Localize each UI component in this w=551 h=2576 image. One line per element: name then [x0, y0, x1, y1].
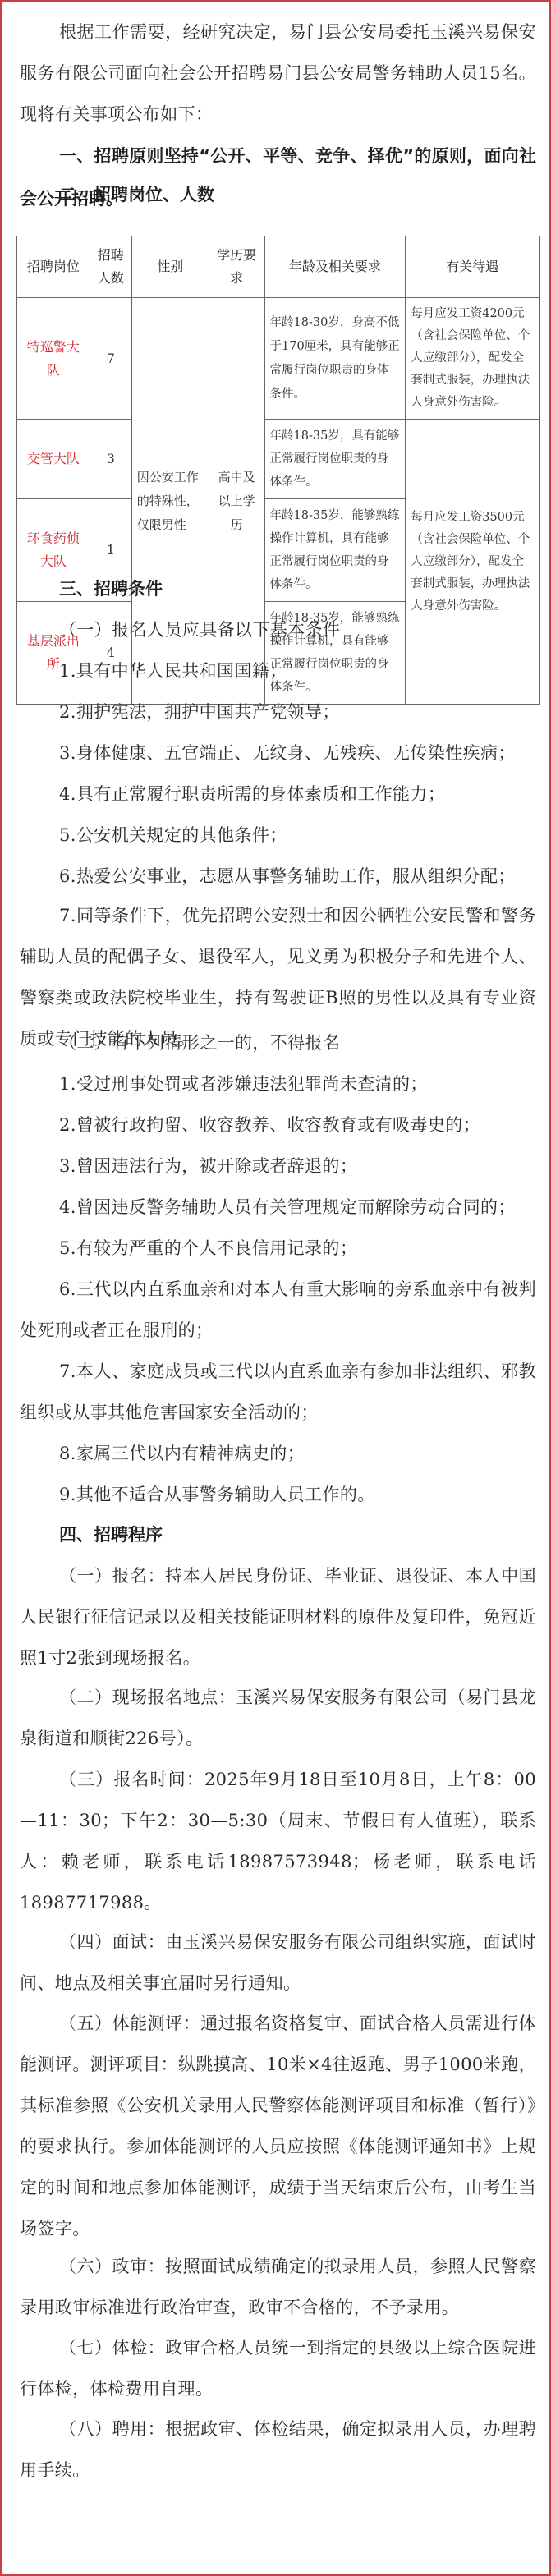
procedure-step: （六）政审：按照面试成绩确定的拟录用人员，参照人民警察录用政审标准进行政治审查，… — [20, 2246, 536, 2328]
procedure-step: （八）聘用：根据政审、体检结果，确定拟录用人员，办理聘用手续。 — [20, 2408, 536, 2491]
step-label: （二）现场报名地点： — [59, 1687, 236, 1707]
condition-item: 6.热爱公安事业，志愿从事警务辅助工作，服从组织分配； — [59, 856, 536, 897]
exclusion-item: 2.曾被行政拘留、收容教养、收容教育或有吸毒史的； — [59, 1104, 536, 1146]
header-requirement: 年龄及相关要求 — [264, 236, 406, 298]
exclusion-item: 1.受过刑事处罚或者涉嫌违法犯罪尚未查清的； — [59, 1063, 536, 1104]
condition-item: 1.具有中华人民共和国国籍； — [59, 650, 536, 691]
condition-item: 3.身体健康、五官端正、无纹身、无残疾、无传染性疾病； — [59, 732, 536, 774]
intro-paragraph: 根据工作需要，经研究决定，易门县公安局委托玉溪兴易保安服务有限公司面向社会公开招… — [20, 11, 536, 135]
condition-item: 2.拥护宪法，拥护中国共产党领导； — [59, 691, 536, 732]
requirement-cell: 年龄18-35岁，能够熟练操作计算机，具有能够正常履行岗位职责的身体条件。 — [264, 499, 406, 602]
step-label: （一）报名： — [59, 1566, 165, 1586]
procedure-step: （三）报名时间：2025年9月18日至10月8日，上午8：00—11：30；下午… — [20, 1759, 536, 1923]
condition-item: 5.公安机关规定的其他条件； — [59, 815, 536, 856]
table-row: 特巡警大队 7 因公安工作的特殊性，仅限男性 高中及以上学历 年龄18-30岁，… — [17, 298, 540, 420]
exclusion-item: 7.本人、家庭成员或三代以内直系血亲有参加非法组织、邪教组织或从事其他危害国家安… — [20, 1351, 536, 1433]
requirement-cell: 年龄18-35岁，具有能够正常履行岗位职责的身体条件。 — [264, 420, 406, 499]
step-label: （八）聘用： — [59, 2419, 165, 2439]
condition-item: 4.具有正常履行职责所需的身体素质和工作能力； — [59, 774, 536, 815]
section2-heading: 二、招聘岗位、人数 — [59, 174, 214, 215]
header-post: 招聘岗位 — [17, 236, 90, 298]
header-count: 招聘人数 — [90, 236, 131, 298]
table-header-row: 招聘岗位 招聘人数 性别 学历要求 年龄及相关要求 有关待遇 — [17, 236, 540, 298]
exclusion-item: 5.有较为严重的个人不良信用记录的； — [59, 1228, 536, 1269]
header-gender: 性别 — [131, 236, 209, 298]
post-name: 特巡警大队 — [17, 298, 90, 420]
header-benefit: 有关待遇 — [406, 236, 540, 298]
exclusion-item: 9.其他不适合从事警务辅助人员工作的。 — [59, 1474, 536, 1515]
exclusion-item: 4.曾因违反警务辅助人员有关管理规定而解除劳动合同的； — [59, 1187, 536, 1228]
exclusion-item: 8.家属三代以内有精神病史的； — [59, 1433, 536, 1474]
benefit-cell: 每月应发工资4200元（含社会保险单位、个人应缴部分），配发全套制式服装，办理执… — [406, 298, 540, 420]
section4-heading: 四、招聘程序 — [59, 1514, 163, 1555]
procedure-step: （七）体检：政审合格人员统一到指定的县级以上综合医院进行体检，体检费用自理。 — [20, 2327, 536, 2409]
procedure-step: （四）面试：由玉溪兴易保安服务有限公司组织实施，面试时间、地点及相关事宜届时另行… — [20, 1922, 536, 2004]
announcement-page: 根据工作需要，经研究决定，易门县公安局委托玉溪兴易保安服务有限公司面向社会公开招… — [0, 0, 551, 2576]
section3-sub2-heading: （二）有下列情形之一的，不得报名 — [59, 1022, 536, 1063]
section3-sub1-heading: （一）报名人员应具备以下基本条件 — [59, 609, 536, 650]
step-label: （四）面试： — [59, 1932, 165, 1952]
procedure-step: （二）现场报名地点：玉溪兴易保安服务有限公司（易门县龙泉街道和顺街226号）。 — [20, 1677, 536, 1759]
section3-heading: 三、招聘条件 — [59, 568, 163, 609]
table-row: 交管大队 3 年龄18-35岁，具有能够正常履行岗位职责的身体条件。 每月应发工… — [17, 420, 540, 499]
header-education: 学历要求 — [209, 236, 264, 298]
post-name: 交管大队 — [17, 420, 90, 499]
exclusion-item: 6.三代以内直系血亲和对本人有重大影响的旁系血亲中有被判处死刑或者正在服刑的； — [20, 1269, 536, 1351]
step-label: （七）体检： — [59, 2338, 165, 2358]
procedure-step: （五）体能测评：通过报名资格复审、面试合格人员需进行体能测评。测评项目：纵跳摸高… — [20, 2003, 536, 2249]
exclusion-item: 3.曾因违法行为，被开除或者辞退的； — [59, 1146, 536, 1187]
procedure-step: （一）报名：持本人居民身份证、毕业证、退役证、本人中国人民银行征信记录以及相关技… — [20, 1555, 536, 1678]
step-label: （三）报名时间： — [59, 1770, 204, 1789]
requirement-cell: 年龄18-30岁，身高不低于170厘米，具有能够正常履行岗位职责的身体条件。 — [264, 298, 406, 420]
step-text: 通过报名资格复审、面试合格人员需进行体能测评。测评项目：纵跳摸高、10米×4往返… — [20, 2014, 536, 2239]
post-count: 7 — [90, 298, 131, 420]
step-text: 2025年9月18日至10月8日，上午8：00—11：30；下午2：30—5:3… — [20, 1770, 536, 1912]
step-label: （六）政审： — [59, 2257, 165, 2276]
post-count: 3 — [90, 420, 131, 499]
step-label: （五）体能测评： — [59, 2014, 200, 2033]
